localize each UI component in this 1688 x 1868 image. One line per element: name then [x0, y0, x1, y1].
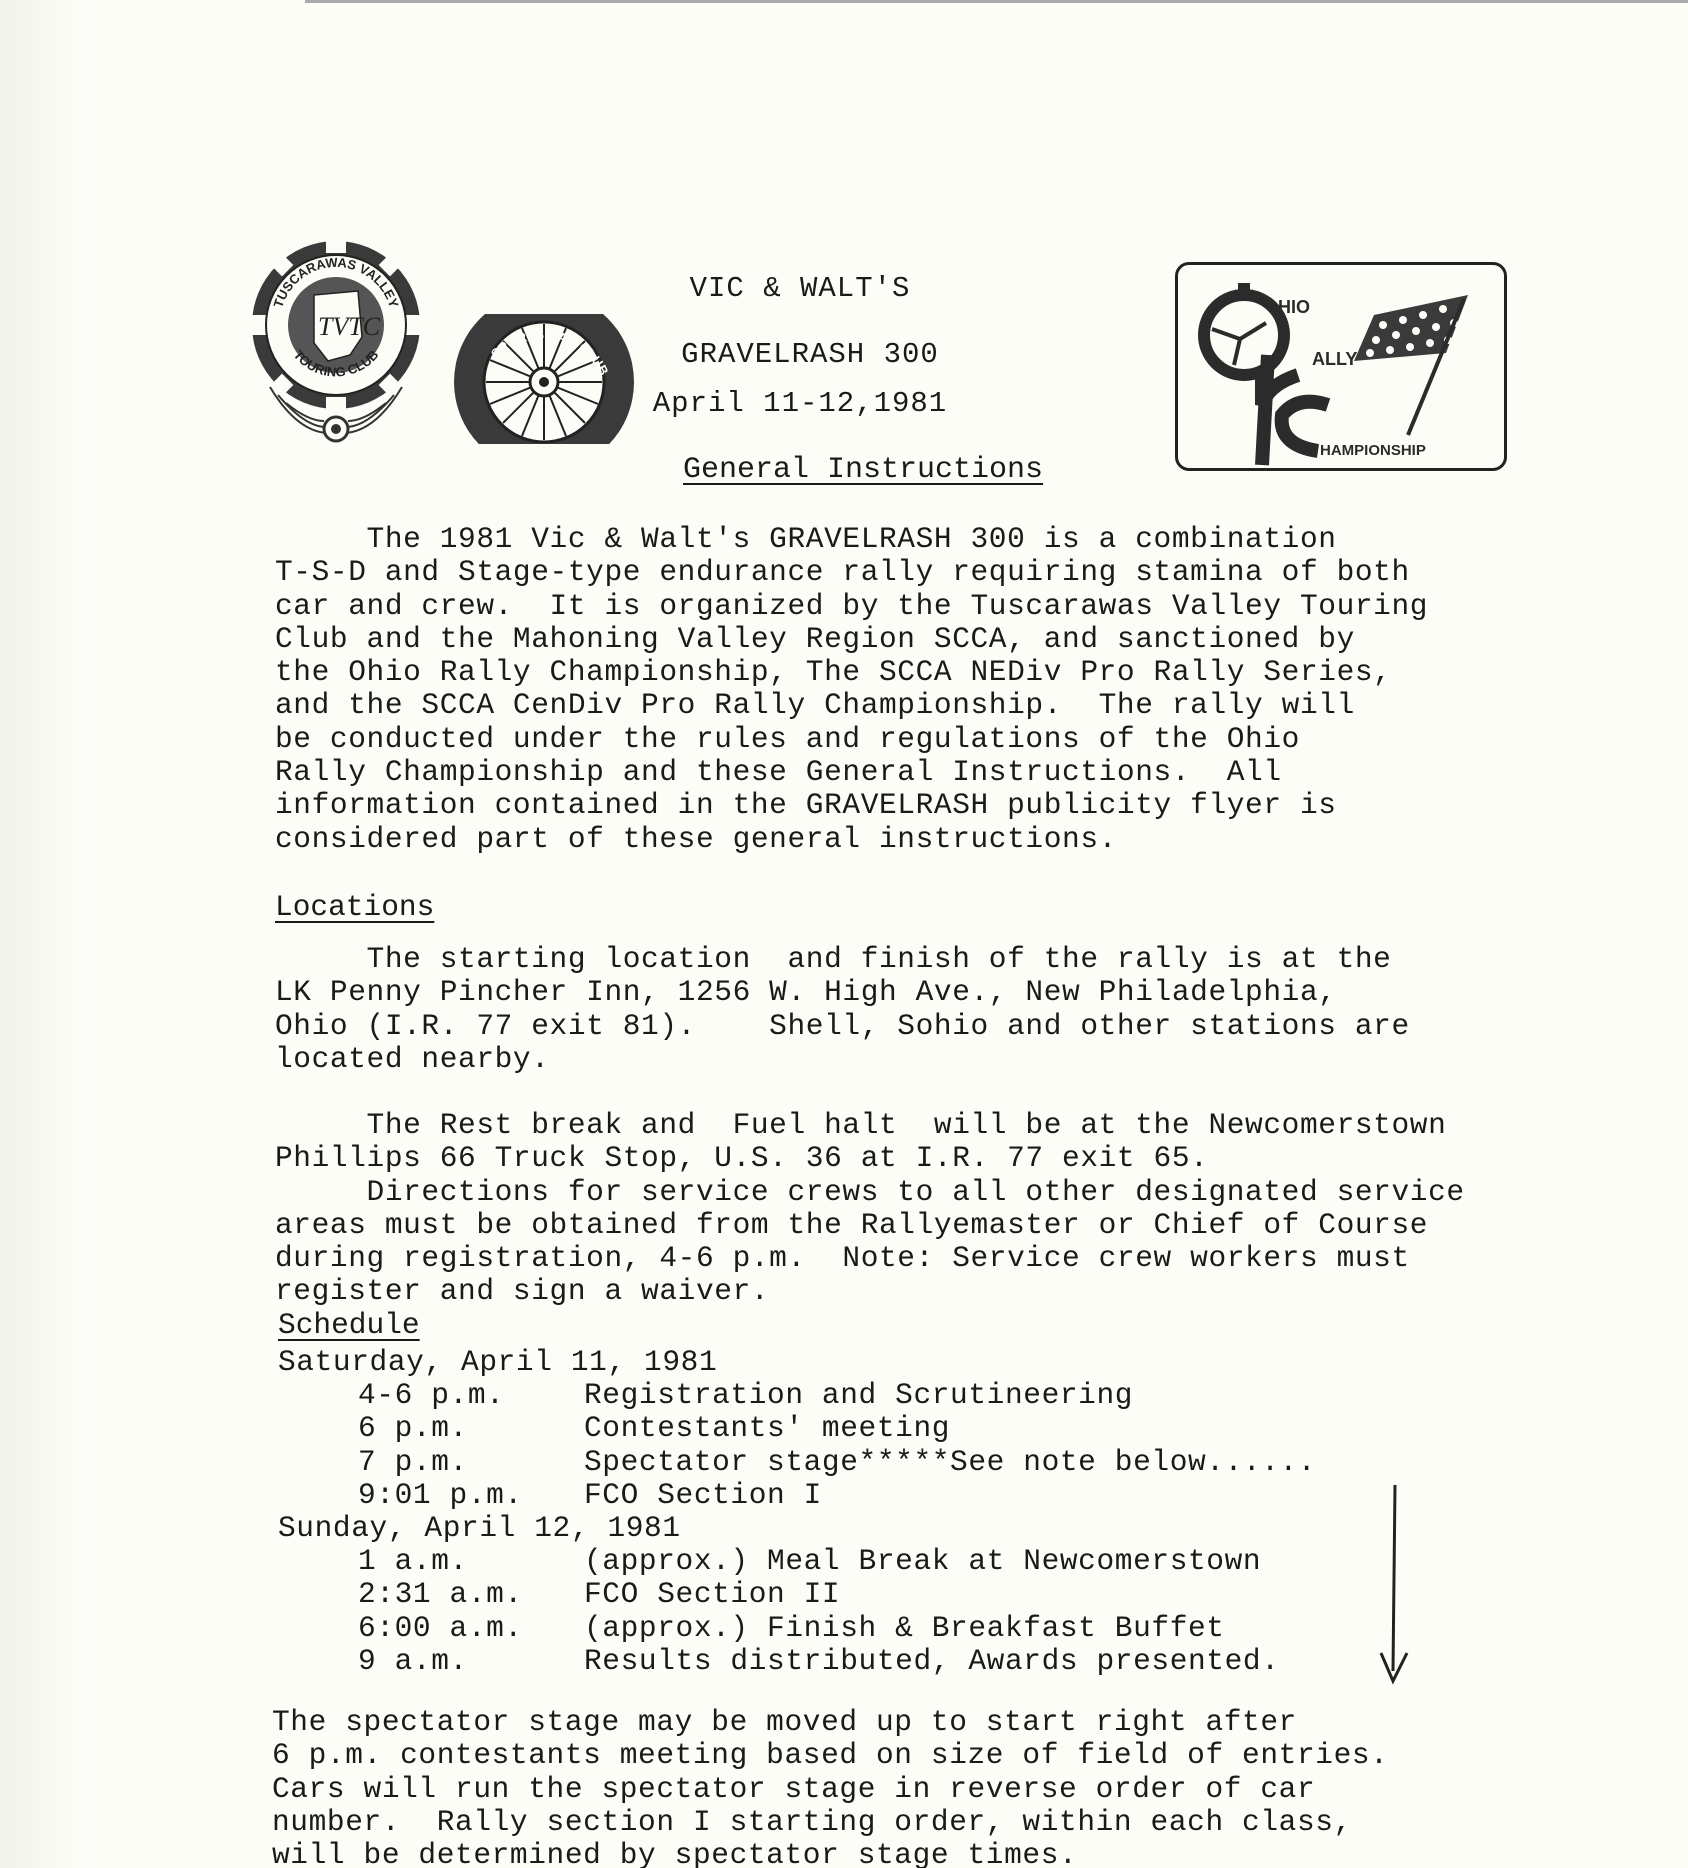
schedule-list: Saturday, April 11, 19814-6 p.m.Registra… [278, 1346, 1316, 1678]
document-title: General Instructions [683, 453, 1043, 487]
schedule-time: 9:01 p.m. [278, 1479, 584, 1512]
schedule-time: 6 p.m. [278, 1412, 584, 1445]
event-name: GRAVELRASH 300 [0, 338, 1654, 371]
text-line: 6 p.m. contestants meeting based on size… [272, 1739, 1388, 1772]
rest-break-paragraph: The Rest break and Fuel halt will be at … [275, 1109, 1465, 1309]
schedule-time: 7 p.m. [278, 1446, 584, 1479]
svg-text:TVTC: TVTC [318, 312, 381, 341]
schedule-event: FCO Section II [584, 1578, 840, 1611]
schedule-row: 6 p.m.Contestants' meeting [278, 1412, 1316, 1445]
text-line: Rally Championship and these General Ins… [275, 756, 1428, 789]
schedule-event: Contestants' meeting [584, 1412, 950, 1445]
schedule-row: 1 a.m.(approx.) Meal Break at Newcomerst… [278, 1545, 1316, 1578]
intro-paragraph: The 1981 Vic & Walt's GRAVELRASH 300 is … [275, 523, 1428, 856]
schedule-row: 4-6 p.m.Registration and Scrutineering [278, 1379, 1316, 1412]
text-line: during registration, 4-6 p.m. Note: Serv… [275, 1242, 1465, 1275]
text-line: The spectator stage may be moved up to s… [272, 1706, 1388, 1739]
schedule-time: 6:00 a.m. [278, 1612, 584, 1645]
svg-text:HAMPIONSHIP: HAMPIONSHIP [1320, 442, 1426, 459]
schedule-event: Spectator stage*****See note below...... [584, 1446, 1316, 1479]
text-line: and the SCCA CenDiv Pro Rally Championsh… [275, 689, 1428, 722]
text-line: T-S-D and Stage-type endurance rally req… [275, 556, 1428, 589]
schedule-time: 4-6 p.m. [278, 1379, 584, 1412]
start-location-paragraph: The starting location and finish of the … [275, 943, 1410, 1076]
text-line: number. Rally section I starting order, … [272, 1806, 1388, 1839]
locations-heading: Locations [275, 890, 434, 924]
text-line: Directions for service crews to all othe… [275, 1176, 1465, 1209]
event-dates: April 11-12,1981 [0, 387, 1644, 420]
schedule-row: 9 a.m.Results distributed, Awards presen… [278, 1645, 1316, 1678]
schedule-event: (approx.) Meal Break at Newcomerstown [584, 1545, 1261, 1578]
text-line: Cars will run the spectator stage in rev… [272, 1773, 1388, 1806]
text-line: Club and the Mahoning Valley Region SCCA… [275, 623, 1428, 656]
text-line: The Rest break and Fuel halt will be at … [275, 1109, 1465, 1142]
schedule-time: 1 a.m. [278, 1545, 584, 1578]
arrow-down-icon [1379, 1485, 1409, 1685]
schedule-event: Registration and Scrutineering [584, 1379, 1133, 1412]
text-line: The starting location and finish of the … [275, 943, 1410, 976]
text-line: will be determined by spectator stage ti… [272, 1839, 1388, 1868]
event-organizer-line: VIC & WALT'S [0, 272, 1644, 305]
schedule-event: (approx.) Finish & Breakfast Buffet [584, 1612, 1225, 1645]
text-line: information contained in the GRAVELRASH … [275, 789, 1428, 822]
schedule-event: Results distributed, Awards presented. [584, 1645, 1280, 1678]
schedule-time: 9 a.m. [278, 1645, 584, 1678]
text-line: located nearby. [275, 1043, 1410, 1076]
schedule-row: 7 p.m.Spectator stage*****See note below… [278, 1446, 1316, 1479]
text-line: LK Penny Pincher Inn, 1256 W. High Ave.,… [275, 976, 1410, 1009]
text-line: car and crew. It is organized by the Tus… [275, 590, 1428, 623]
text-line: Phillips 66 Truck Stop, U.S. 36 at I.R. … [275, 1142, 1465, 1175]
schedule-row: 6:00 a.m.(approx.) Finish & Breakfast Bu… [278, 1612, 1316, 1645]
schedule-day: Saturday, April 11, 1981 [278, 1346, 1316, 1379]
text-line: areas must be obtained from the Rallyema… [275, 1209, 1465, 1242]
page-top-edge [305, 0, 1688, 3]
schedule-event: FCO Section I [584, 1479, 822, 1512]
schedule-row: 9:01 p.m.FCO Section I [278, 1479, 1316, 1512]
scca-logo: SPORTS CAR CLUB [452, 314, 637, 444]
schedule-heading: Schedule [278, 1308, 420, 1342]
schedule-day: Sunday, April 12, 1981 [278, 1512, 1316, 1545]
text-line: the Ohio Rally Championship, The SCCA NE… [275, 656, 1428, 689]
text-line: considered part of these general instruc… [275, 823, 1428, 856]
text-line: register and sign a waiver. [275, 1275, 1465, 1308]
text-line: Ohio (I.R. 77 exit 81). Shell, Sohio and… [275, 1010, 1410, 1043]
spectator-note-paragraph: The spectator stage may be moved up to s… [272, 1706, 1388, 1868]
schedule-time: 2:31 a.m. [278, 1578, 584, 1611]
text-line: The 1981 Vic & Walt's GRAVELRASH 300 is … [275, 523, 1428, 556]
schedule-row: 2:31 a.m.FCO Section II [278, 1578, 1316, 1611]
text-line: be conducted under the rules and regulat… [275, 723, 1428, 756]
